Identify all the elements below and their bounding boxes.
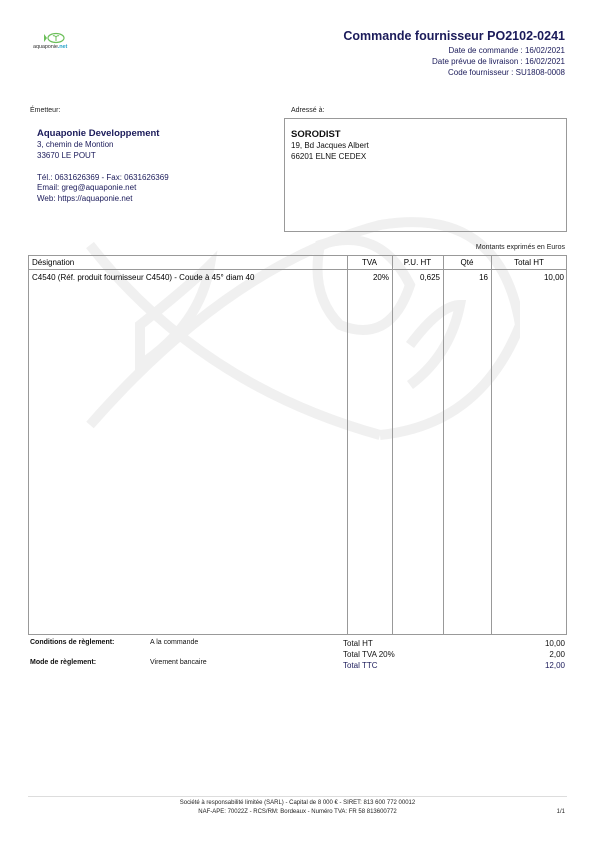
row-pu-ht: 0,625 <box>392 271 440 285</box>
table-row: C4540 (Réf. produit fournisseur C4540) -… <box>29 271 566 285</box>
order-lines-table: Désignation TVA P.U. HT Qté Total HT C45… <box>28 255 567 635</box>
sender-label: Émetteur: <box>30 107 60 114</box>
sender-address-line2: 33670 LE POUT <box>37 151 169 162</box>
footer-legal-line1: Société à responsabilité limitée (SARL) … <box>0 800 595 806</box>
header-pu-ht: P.U. HT <box>392 256 443 270</box>
page-number: 1/1 <box>557 809 565 815</box>
row-qty: 16 <box>443 271 488 285</box>
recipient-name: SORODIST <box>291 129 369 141</box>
total-tva-value: 2,00 <box>549 650 565 659</box>
logo-wordmark: aquaponie.net <box>33 44 67 50</box>
delivery-date: Date prévue de livraison : 16/02/2021 <box>432 57 565 66</box>
table-header-row: Désignation TVA P.U. HT Qté Total HT <box>29 256 566 270</box>
recipient-address-line2: 66201 ELNE CEDEX <box>291 152 369 163</box>
recipient-address-line1: 19, Bd Jacques Albert <box>291 141 369 152</box>
footer-divider <box>28 796 567 797</box>
row-tva: 20% <box>347 271 389 285</box>
row-total-ht: 10,00 <box>491 271 564 285</box>
sender-block: Aquaponie Developpement 3, chemin de Mon… <box>37 128 169 205</box>
header-qty: Qté <box>443 256 491 270</box>
header-tva: TVA <box>347 256 392 270</box>
recipient-block: SORODIST 19, Bd Jacques Albert 66201 ELN… <box>291 129 369 163</box>
header-total-ht: Total HT <box>491 256 567 270</box>
total-ht-label: Total HT <box>343 639 373 648</box>
header-designation: Désignation <box>32 256 74 270</box>
sender-web: Web: https://aquaponie.net <box>37 194 169 205</box>
sender-name: Aquaponie Developpement <box>37 128 169 140</box>
recipient-box: SORODIST 19, Bd Jacques Albert 66201 ELN… <box>284 118 567 232</box>
company-logo: aquaponie.net <box>33 32 79 54</box>
row-designation: C4540 (Réf. produit fournisseur C4540) -… <box>32 271 254 285</box>
payment-mode-label: Mode de règlement: <box>30 659 96 666</box>
order-date: Date de commande : 16/02/2021 <box>448 46 565 55</box>
document-title: Commande fournisseur PO2102-0241 <box>343 29 565 43</box>
total-ttc-label: Total TTC <box>343 661 378 670</box>
column-divider <box>347 256 348 634</box>
payment-conditions-label: Conditions de règlement: <box>30 639 114 646</box>
sender-email: Email: greg@aquaponie.net <box>37 183 169 194</box>
footer-legal-line2: NAF-APE: 70022Z - RCS/RM: Bordeaux - Num… <box>0 809 595 815</box>
recipient-label: Adressé à: <box>291 107 324 114</box>
payment-conditions-value: A la commande <box>150 639 198 646</box>
total-tva-label: Total TVA 20% <box>343 650 395 659</box>
column-divider <box>443 256 444 634</box>
supplier-code: Code fournisseur : SU1808-0008 <box>448 68 565 77</box>
fish-sprout-logo-icon <box>43 32 65 44</box>
currency-note: Montants exprimés en Euros <box>476 244 565 251</box>
payment-mode-value: Virement bancaire <box>150 659 207 666</box>
sender-phone-fax: Tél.: 0631626369 - Fax: 0631626369 <box>37 173 169 184</box>
column-divider <box>392 256 393 634</box>
total-ttc-value: 12,00 <box>545 661 565 670</box>
sender-address-line1: 3, chemin de Montion <box>37 140 169 151</box>
column-divider <box>491 256 492 634</box>
total-ht-value: 10,00 <box>545 639 565 648</box>
